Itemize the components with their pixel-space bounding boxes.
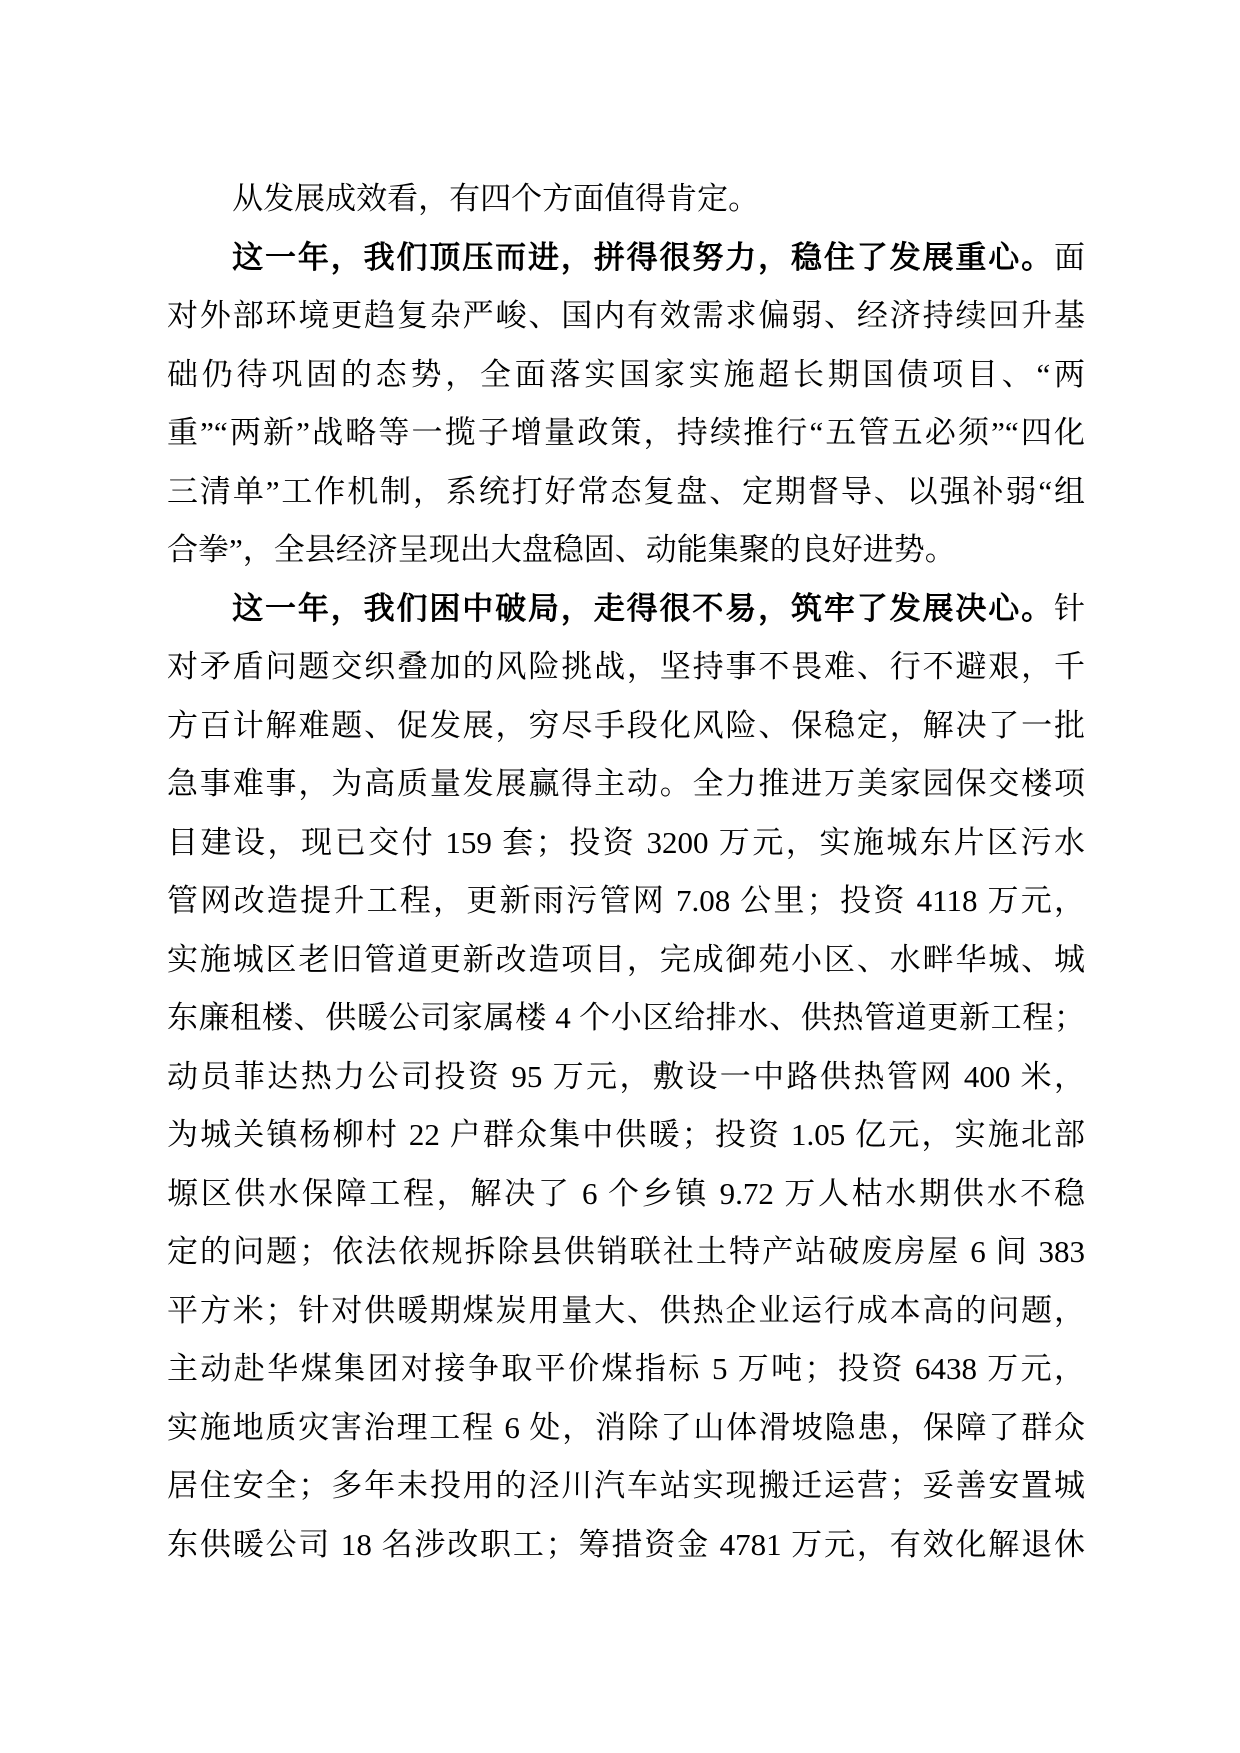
text-line: 对外部环境更趋复杂严峻、国内有效需求偏弱、经济持续回升基	[167, 287, 1085, 346]
body-text: 平方米；针对供暖期煤炭用量大、供热企业运行成本高的问题，	[167, 1293, 1085, 1328]
paragraph: 这一年，我们顶压而进，拼得很努力，稳住了发展重心。面对外部环境更趋复杂严峻、国内…	[167, 229, 1085, 580]
text-line: 目建设，现已交付 159 套；投资 3200 万元，实施城东片区污水	[167, 814, 1085, 873]
text-line: 东供暖公司 18 名涉改职工；筹措资金 4781 万元，有效化解退休	[167, 1516, 1085, 1575]
text-line: 定的问题；依法依规拆除县供销联社土特产站破废房屋 6 间 383	[167, 1223, 1085, 1282]
document-page: 从发展成效看，有四个方面值得肯定。这一年，我们顶压而进，拼得很努力，稳住了发展重…	[0, 0, 1240, 1753]
text-line: 对矛盾问题交织叠加的风险挑战，坚持事不畏难、行不避艰，千	[167, 638, 1085, 697]
body-text: 实施城区老旧管道更新改造项目，完成御苑小区、水畔华城、城	[167, 942, 1085, 977]
emphasis-text: 这一年，我们顶压而进，拼得很努力，稳住了发展重心。	[232, 240, 1054, 275]
body-text: 合拳”，全县经济呈现出大盘稳固、动能集聚的良好进势。	[167, 532, 956, 567]
text-line: 动员菲达热力公司投资 95 万元，敷设一中路供热管网 400 米，	[167, 1048, 1085, 1107]
body-text: 塬区供水保障工程，解决了 6 个乡镇 9.72 万人枯水期供水不稳	[167, 1176, 1085, 1211]
text-line: 为城关镇杨柳村 22 户群众集中供暖；投资 1.05 亿元，实施北部	[167, 1106, 1085, 1165]
document-body: 从发展成效看，有四个方面值得肯定。这一年，我们顶压而进，拼得很努力，稳住了发展重…	[167, 170, 1085, 1574]
body-text: 从发展成效看，有四个方面值得肯定。	[232, 181, 759, 216]
text-line: 管网改造提升工程，更新雨污管网 7.08 公里；投资 4118 万元，	[167, 872, 1085, 931]
text-line: 三清单”工作机制，系统打好常态复盘、定期督导、以强补弱“组	[167, 463, 1085, 522]
text-line: 重”“两新”战略等一揽子增量政策，持续推行“五管五必须”“四化	[167, 404, 1085, 463]
body-text: 对矛盾问题交织叠加的风险挑战，坚持事不畏难、行不避艰，千	[167, 649, 1085, 684]
text-line: 础仍待巩固的态势，全面落实国家实施超长期国债项目、“两	[167, 346, 1085, 405]
text-line: 实施城区老旧管道更新改造项目，完成御苑小区、水畔华城、城	[167, 931, 1085, 990]
text-line: 东廉租楼、供暖公司家属楼 4 个小区给排水、供热管道更新工程；	[167, 989, 1085, 1048]
text-line: 合拳”，全县经济呈现出大盘稳固、动能集聚的良好进势。	[167, 521, 1085, 580]
paragraph: 从发展成效看，有四个方面值得肯定。	[167, 170, 1085, 229]
body-text: 三清单”工作机制，系统打好常态复盘、定期督导、以强补弱“组	[167, 474, 1085, 509]
body-text: 目建设，现已交付 159 套；投资 3200 万元，实施城东片区污水	[167, 825, 1085, 860]
text-line: 方百计解难题、促发展，穷尽手段化风险、保稳定，解决了一批	[167, 697, 1085, 756]
body-text: 针	[1054, 591, 1085, 626]
text-line: 急事难事，为高质量发展赢得主动。全力推进万美家园保交楼项	[167, 755, 1085, 814]
body-text: 实施地质灾害治理工程 6 处，消除了山体滑坡隐患，保障了群众	[167, 1410, 1085, 1445]
text-line: 从发展成效看，有四个方面值得肯定。	[167, 170, 1085, 229]
text-line: 塬区供水保障工程，解决了 6 个乡镇 9.72 万人枯水期供水不稳	[167, 1165, 1085, 1224]
body-text: 东廉租楼、供暖公司家属楼 4 个小区给排水、供热管道更新工程；	[167, 1000, 1085, 1035]
body-text: 管网改造提升工程，更新雨污管网 7.08 公里；投资 4118 万元，	[167, 883, 1085, 918]
emphasis-text: 这一年，我们困中破局，走得很不易，筑牢了发展决心。	[232, 591, 1054, 626]
body-text: 重”“两新”战略等一揽子增量政策，持续推行“五管五必须”“四化	[167, 415, 1085, 450]
text-line: 这一年，我们困中破局，走得很不易，筑牢了发展决心。针	[167, 580, 1085, 639]
text-line: 实施地质灾害治理工程 6 处，消除了山体滑坡隐患，保障了群众	[167, 1399, 1085, 1458]
body-text: 方百计解难题、促发展，穷尽手段化风险、保稳定，解决了一批	[167, 708, 1085, 743]
body-text: 对外部环境更趋复杂严峻、国内有效需求偏弱、经济持续回升基	[167, 298, 1085, 333]
body-text: 定的问题；依法依规拆除县供销联社土特产站破废房屋 6 间 383	[167, 1234, 1085, 1269]
text-line: 主动赴华煤集团对接争取平价煤指标 5 万吨；投资 6438 万元，	[167, 1340, 1085, 1399]
text-line: 这一年，我们顶压而进，拼得很努力，稳住了发展重心。面	[167, 229, 1085, 288]
body-text: 动员菲达热力公司投资 95 万元，敷设一中路供热管网 400 米，	[167, 1059, 1085, 1094]
paragraph: 这一年，我们困中破局，走得很不易，筑牢了发展决心。针对矛盾问题交织叠加的风险挑战…	[167, 580, 1085, 1575]
body-text: 面	[1054, 240, 1085, 275]
text-line: 居住安全；多年未投用的泾川汽车站实现搬迁运营；妥善安置城	[167, 1457, 1085, 1516]
body-text: 主动赴华煤集团对接争取平价煤指标 5 万吨；投资 6438 万元，	[167, 1351, 1085, 1386]
body-text: 础仍待巩固的态势，全面落实国家实施超长期国债项目、“两	[167, 357, 1085, 392]
body-text: 急事难事，为高质量发展赢得主动。全力推进万美家园保交楼项	[167, 766, 1085, 801]
body-text: 为城关镇杨柳村 22 户群众集中供暖；投资 1.05 亿元，实施北部	[167, 1117, 1085, 1152]
text-line: 平方米；针对供暖期煤炭用量大、供热企业运行成本高的问题，	[167, 1282, 1085, 1341]
body-text: 东供暖公司 18 名涉改职工；筹措资金 4781 万元，有效化解退休	[167, 1527, 1085, 1562]
body-text: 居住安全；多年未投用的泾川汽车站实现搬迁运营；妥善安置城	[167, 1468, 1085, 1503]
